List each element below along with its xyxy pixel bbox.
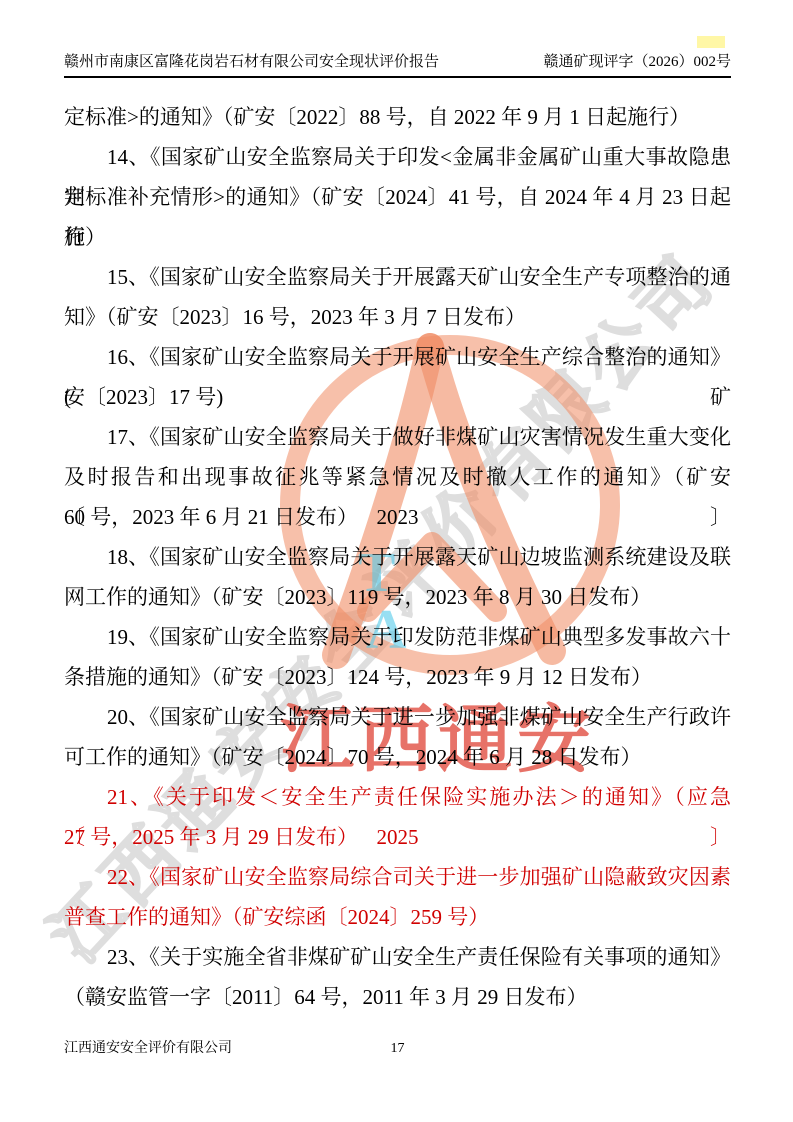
- header-document-number: 赣通矿现评字（2026）002号: [543, 50, 731, 74]
- body-line: 及时报告和出现事故征兆等紧急情况及时撤人工作的通知》（矿安〔2023〕: [64, 457, 731, 497]
- page-footer: 江西通安安全评价有限公司 17: [64, 1039, 731, 1059]
- body-line: 定标准补充情形>的通知》（矿安〔2024〕41 号，自 2024 年 4 月 2…: [64, 177, 731, 217]
- body-line: 22、《国家矿山安全监察局综合司关于进一步加强矿山隐蔽致灾因素: [64, 857, 731, 897]
- body-line: 条措施的通知》（矿安〔2023〕124 号，2023 年 9 月 12 日发布）: [64, 657, 731, 697]
- header-report-title: 赣州市南康区富隆花岗岩石材有限公司安全现状评价报告: [64, 50, 439, 74]
- body-text: 定标准>的通知》（矿安〔2022〕88 号，自 2022 年 9 月 1 日起施…: [64, 97, 731, 1017]
- body-line: 15、《国家矿山安全监察局关于开展露天矿山安全生产专项整治的通: [64, 257, 731, 297]
- body-line: （赣安监管一字〔2011〕64 号，2011 年 3 月 29 日发布）: [64, 977, 731, 1017]
- body-line: 17、《国家矿山安全监察局关于做好非煤矿山灾害情况发生重大变化: [64, 417, 731, 457]
- body-line: 23、《关于实施全省非煤矿矿山安全生产责任保险有关事项的通知》: [64, 937, 731, 977]
- page-number: 17: [64, 1039, 731, 1059]
- body-line: 16、《国家矿山安全监察局关于开展矿山安全生产综合整治的通知》(矿: [64, 337, 731, 377]
- body-line: 18、《国家矿山安全监察局关于开展露天矿山边坡监测系统建设及联: [64, 537, 731, 577]
- body-line: 20、《国家矿山安全监察局关于进一步加强非煤矿山安全生产行政许: [64, 697, 731, 737]
- body-line: 普查工作的通知》（矿安综函〔2024〕259 号）: [64, 897, 731, 937]
- body-line: 14、《国家矿山安全监察局关于印发<金属非金属矿山重大事故隐患判: [64, 137, 731, 177]
- body-line: 21、《关于印发＜安全生产责任保险实施办法＞的通知》（应急〔2025〕: [64, 777, 731, 817]
- body-line: 19、《国家矿山安全监察局关于印发防范非煤矿山典型多发事故六十: [64, 617, 731, 657]
- highlight-smudge: [697, 36, 725, 48]
- body-line: 网工作的通知》（矿安〔2023〕119 号，2023 年 8 月 30 日发布）: [64, 577, 731, 617]
- page-header: 赣州市南康区富隆花岗岩石材有限公司安全现状评价报告 赣通矿现评字（2026）00…: [64, 48, 731, 78]
- body-line: 可工作的通知》（矿安〔2024〕70 号，2024 年 6 月 28 日发布）: [64, 737, 731, 777]
- report-page: 赣州市南康区富隆花岗岩石材有限公司安全现状评价报告 赣通矿现评字（2026）00…: [0, 0, 793, 1122]
- body-line: 定标准>的通知》（矿安〔2022〕88 号，自 2022 年 9 月 1 日起施…: [64, 97, 731, 137]
- body-line: 知》（矿安〔2023〕16 号，2023 年 3 月 7 日发布）: [64, 297, 731, 337]
- body-line: 行）: [64, 217, 731, 257]
